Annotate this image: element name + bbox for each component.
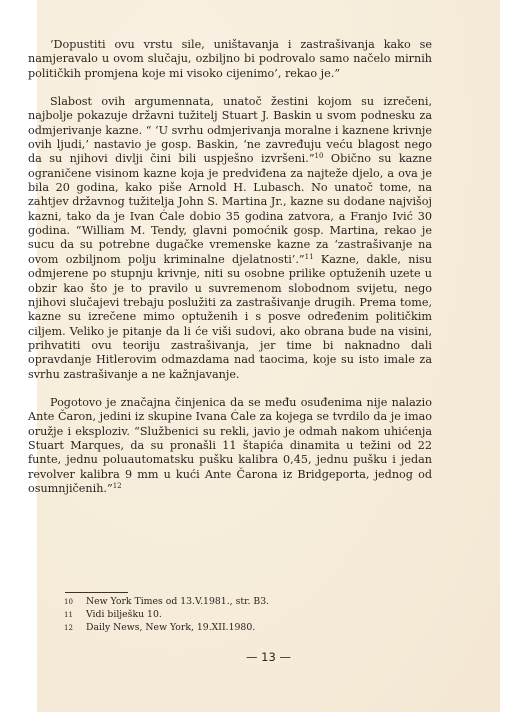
text-run: Obično su kazne ograničene visinom kazne… xyxy=(28,152,432,265)
footnote-text: Daily News, New York, 19.XII.1980. xyxy=(86,622,255,635)
paragraph-caron: Pogotovo je značajna činjenica da se međ… xyxy=(28,396,432,496)
footnote-text: Vidi bilješku 10. xyxy=(86,609,162,622)
footnote-divider xyxy=(65,592,128,593)
page-number: — 13 — xyxy=(37,650,500,664)
footnote-number: 12 xyxy=(64,622,86,635)
footnote-11: 11 Vidi bilješku 10. xyxy=(64,609,269,622)
body-text: ‘Dopustiti ovu vrstu sile, uništavanja i… xyxy=(28,38,432,496)
footnote-number: 10 xyxy=(64,596,86,609)
footnote-number: 11 xyxy=(64,609,86,622)
footnote-10: 10 New York Times od 13.V.1981., str. B3… xyxy=(64,596,269,609)
text-run: Kazne, dakle, nisu odmjerene po stupnju … xyxy=(28,253,432,381)
text-run: Pogotovo je značajna činjenica da se međ… xyxy=(28,396,432,495)
footnote-12: 12 Daily News, New York, 19.XII.1980. xyxy=(64,622,269,635)
footnote-ref-11[interactable]: 11 xyxy=(305,253,314,261)
paragraph-quote-end: ‘Dopustiti ovu vrstu sile, uništavanja i… xyxy=(28,38,432,81)
footnotes: 10 New York Times od 13.V.1981., str. B3… xyxy=(64,596,269,634)
footnote-text: New York Times od 13.V.1981., str. B3. xyxy=(86,596,269,609)
footnote-ref-12[interactable]: 12 xyxy=(113,482,122,490)
paragraph-argument: Slabost ovih argumennata, unatoč žestini… xyxy=(28,95,432,382)
